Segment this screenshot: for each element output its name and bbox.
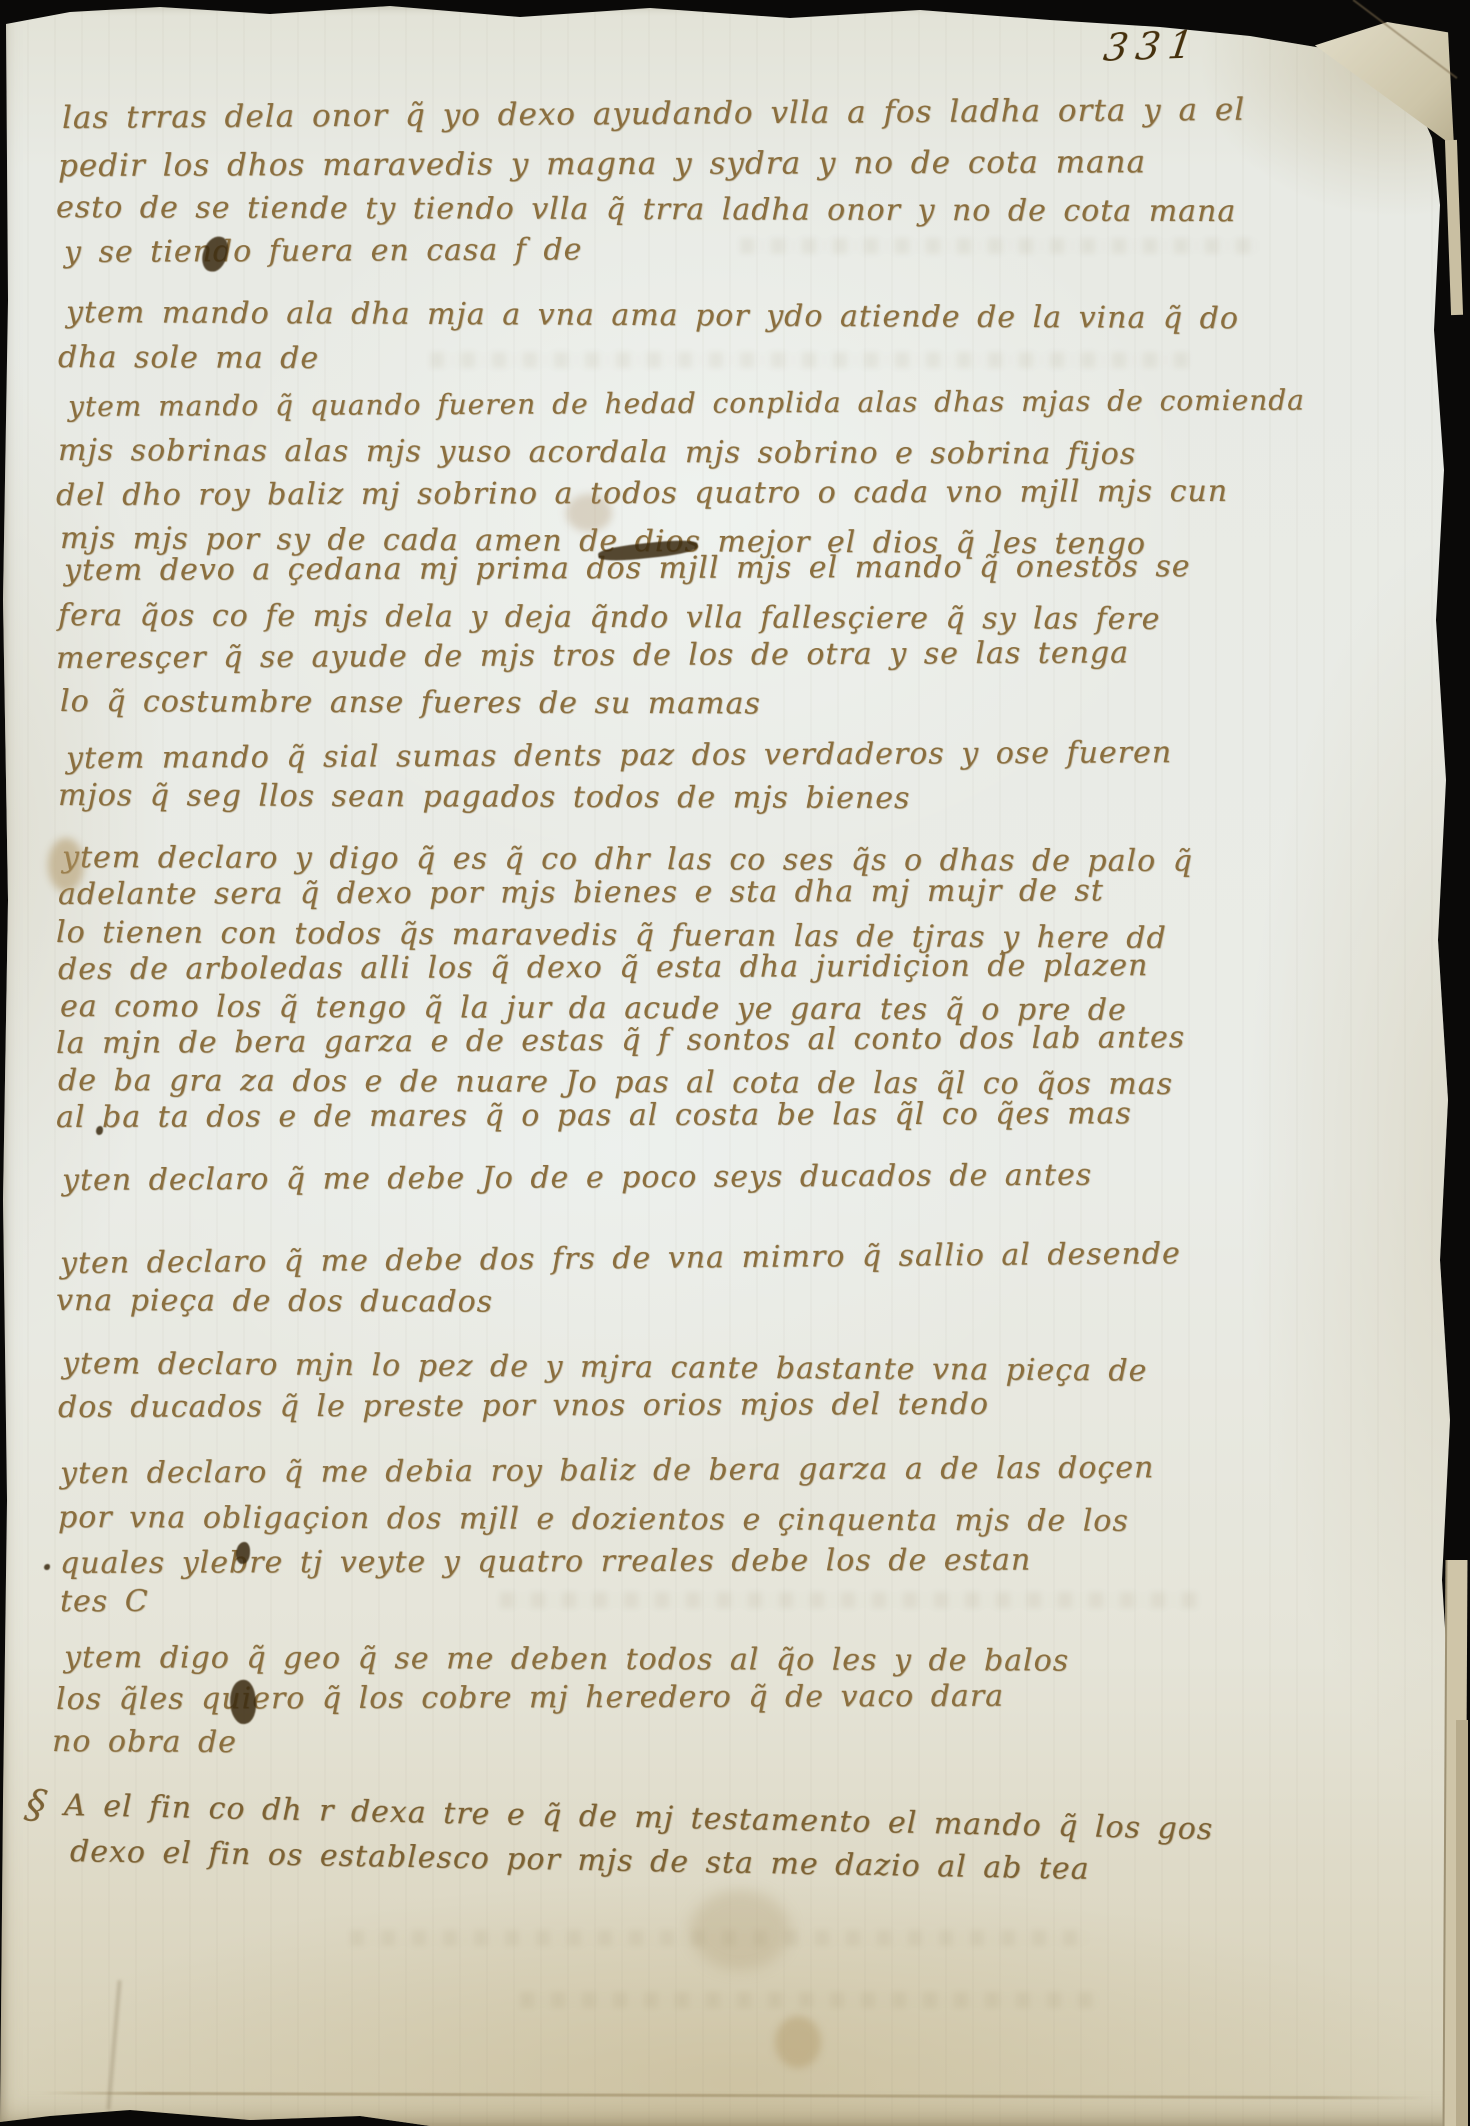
paper-stain bbox=[775, 2016, 821, 2068]
paper-stain bbox=[48, 838, 84, 892]
paper-stain bbox=[566, 494, 612, 532]
manuscript-line: del dho roy baliz mj sobrino a todos qua… bbox=[56, 474, 1228, 513]
manuscript-line: meresçer q̃ se ayude de mjs tros de los … bbox=[56, 635, 1129, 676]
manuscript-line: ytem digo q̃ geo q̃ se me deben todos al… bbox=[64, 1640, 1069, 1679]
manuscript-line: ytem mando q̃ quando fueren de hedad con… bbox=[68, 384, 1305, 423]
manuscript-line: y se tiendo fuera en casa f de bbox=[64, 232, 583, 270]
manuscript-line: esto de se tiende ty tiendo vlla q̃ trra… bbox=[56, 190, 1236, 229]
manuscript-line: yten declaro q̃ me debia roy baliz de be… bbox=[60, 1450, 1154, 1491]
page-edge bbox=[1456, 1720, 1468, 2126]
page-edge bbox=[1445, 140, 1463, 315]
manuscript-line: al ba ta dos e de mares q̃ o pas al cost… bbox=[56, 1096, 1132, 1135]
manuscript-line: ytem mando q̃ sial sumas dents paz dos v… bbox=[66, 735, 1172, 776]
bleed-through-text bbox=[740, 238, 1260, 254]
manuscript-line: pedir los dhos maravedis y magna y sydra… bbox=[58, 144, 1146, 184]
bleed-through-text bbox=[520, 1992, 1100, 2008]
photograph-background: 331 las trras dela onor q̃ yo dexo ayuda… bbox=[0, 0, 1470, 2126]
manuscript-line: los q̃les quiero q̃ los cobre mj hereder… bbox=[56, 1679, 1004, 1717]
manuscript-line: ytem mando ala dha mja a vna ama por ydo… bbox=[66, 295, 1239, 336]
folio-number: 331 bbox=[1101, 22, 1204, 70]
manuscript-line: des de arboledas alli los q̃ dexo q̃ est… bbox=[58, 948, 1148, 987]
manuscript-line: por vna obligaçion dos mjll e dozientos … bbox=[58, 1500, 1129, 1539]
manuscript-line: quales ylebre tj veyte y quatro rreales … bbox=[60, 1543, 1031, 1581]
bleed-through-text bbox=[500, 1592, 1200, 1608]
manuscript-line: la mjn de bera garza e de estas q̃ f son… bbox=[56, 1020, 1185, 1061]
manuscript-line: adelante sera q̃ dexo por mjs bienes e s… bbox=[58, 873, 1104, 912]
manuscript-line: no obra de bbox=[52, 1724, 237, 1760]
manuscript-line: yten declaro q̃ me debe Jo de e poco sey… bbox=[62, 1158, 1092, 1198]
manuscript-line: tes C bbox=[60, 1584, 149, 1619]
manuscript-line: vna pieça de dos ducados bbox=[56, 1283, 493, 1320]
bleed-through-text bbox=[430, 352, 1190, 368]
manuscript-line: mjs sobrinas alas mjs yuso acordala mjs … bbox=[58, 433, 1136, 472]
manuscript-line: fera q̃os co fe mjs dela y deja q̃ndo vl… bbox=[58, 598, 1161, 637]
manuscript-line: mjos q̃ seg llos sean pagados todos de m… bbox=[58, 778, 910, 816]
manuscript-line: dos ducados q̃ le preste por vnos orios … bbox=[58, 1387, 989, 1425]
paper-stain bbox=[690, 1890, 790, 1970]
manuscript-line: dha sole ma de bbox=[58, 340, 319, 376]
manuscript-line: lo q̃ costumbre anse fueres de su mamas bbox=[60, 684, 761, 721]
